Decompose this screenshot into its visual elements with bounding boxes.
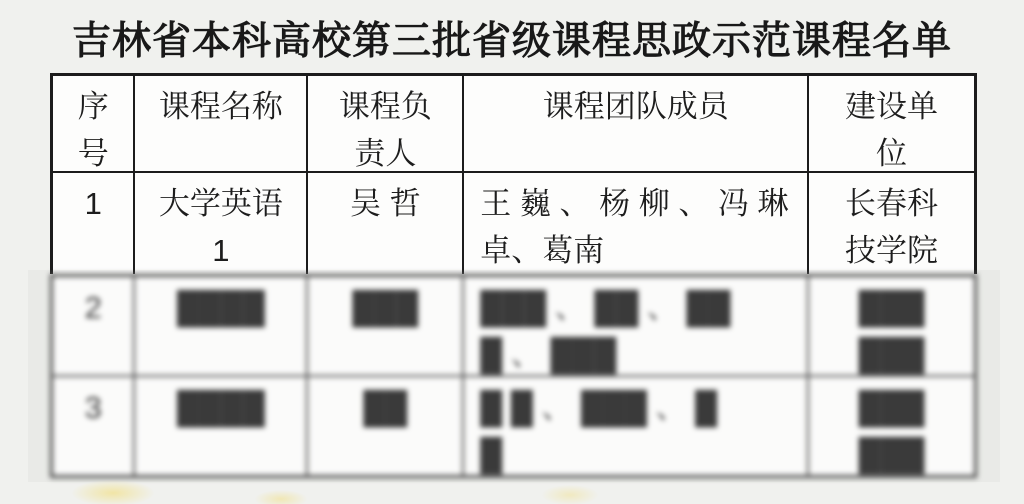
redacted-cell-num: 3 [53,377,135,475]
header-cell-leader: 课程负 责人 [308,76,464,173]
redacted-cell-team: ███ 、 ██ 、 ██ █ 、 ███ [464,277,809,377]
courses-table: 序 号 课程名称 课程负 责人 课程团队成员 建设单 位 1 大学 [50,73,977,478]
header-unit-line1: 建设单 [809,83,974,130]
row3-team-line1: █ █ 、 ███ 、 █ [480,384,801,431]
table-header-row: 序 号 课程名称 课程负 责人 课程团队成员 建设单 位 [53,76,974,173]
header-num-line2: 号 [53,130,133,173]
row1-team-line1: 王 巍 、 杨 柳 、 冯 琳 [480,180,801,227]
row3-leader: ██ [308,384,462,431]
redacted-cell-team: █ █ 、 ███ 、 █ █ [464,377,809,475]
header-num-line1: 序 [53,83,133,130]
row2-course-line1: ████ [135,284,306,331]
cell-unit: 长春科 技学院 [809,173,974,274]
header-unit-line2: 位 [809,130,974,173]
table-row-3-redacted: 3 ████ ██ █ █ 、 ███ 、 █ █ ███ ███ [53,377,974,475]
redacted-cell-course: ████ [135,277,308,377]
header-team-line1: 课程团队成员 [464,83,807,130]
row2-team-line1: ███ 、 ██ 、 ██ [480,284,801,331]
cell-num: 1 [53,173,135,274]
header-leader-line1: 课程负 [308,83,462,130]
row2-unit-line1: ███ [809,284,974,331]
redacted-cell-num: 2 [53,277,135,377]
header-cell-course: 课程名称 [135,76,308,173]
row1-unit-line2: 技学院 [809,227,974,274]
row1-course-line1: 大学英语 [135,180,306,227]
cell-team: 王 巍 、 杨 柳 、 冯 琳 卓、葛南 [464,173,809,274]
row3-course-line1: ████ [135,384,306,431]
redacted-cell-unit: ███ ███ [809,277,974,377]
row3-unit-line1: ███ [809,384,974,431]
table-row-1: 1 大学英语 1 吴 哲 王 巍 、 杨 柳 、 冯 琳 卓、葛南 长春科 技学… [53,173,974,274]
yellow-highlight-patch [542,485,598,504]
row1-num: 1 [53,180,133,227]
table-blurred-section: 2 ████ ███ ███ 、 ██ 、 ██ █ 、 ███ ███ ███ [50,274,977,478]
yellow-highlight-patch [72,480,154,504]
redacted-cell-course: ████ [135,377,308,475]
redacted-cell-leader: ██ [308,377,464,475]
row3-num: 3 [53,384,133,431]
cell-course: 大学英语 1 [135,173,308,274]
row1-unit-line1: 长春科 [809,180,974,227]
row2-unit-line2: ███ [809,331,974,377]
header-cell-unit: 建设单 位 [809,76,974,173]
header-leader-line2: 责人 [308,130,462,173]
censored-region: 2 ████ ███ ███ 、 ██ 、 ██ █ 、 ███ ███ ███ [50,274,977,478]
row2-team-line2: █ 、 ███ [480,331,801,377]
table-row-2-redacted: 2 ████ ███ ███ 、 ██ 、 ██ █ 、 ███ ███ ███ [53,277,974,377]
redacted-cell-unit: ███ ███ [809,377,974,475]
yellow-highlight-patch [255,490,307,504]
cell-leader: 吴 哲 [308,173,464,274]
row2-leader: ███ [308,284,462,331]
table-clear-section: 序 号 课程名称 课程负 责人 课程团队成员 建设单 位 1 大学 [50,73,977,274]
header-cell-num: 序 号 [53,76,135,173]
row3-unit-line2: ███ [809,431,974,475]
row3-team-line2: █ [480,431,801,475]
page-title: 吉林省本科高校第三批省级课程思政示范课程名单 [0,10,1024,66]
redacted-cell-leader: ███ [308,277,464,377]
row1-leader: 吴 哲 [308,180,462,227]
row1-course-line2: 1 [135,227,306,274]
row1-team-line2: 卓、葛南 [480,227,801,274]
header-cell-team: 课程团队成员 [464,76,809,173]
row2-num: 2 [53,284,133,331]
header-course-line1: 课程名称 [135,83,306,130]
